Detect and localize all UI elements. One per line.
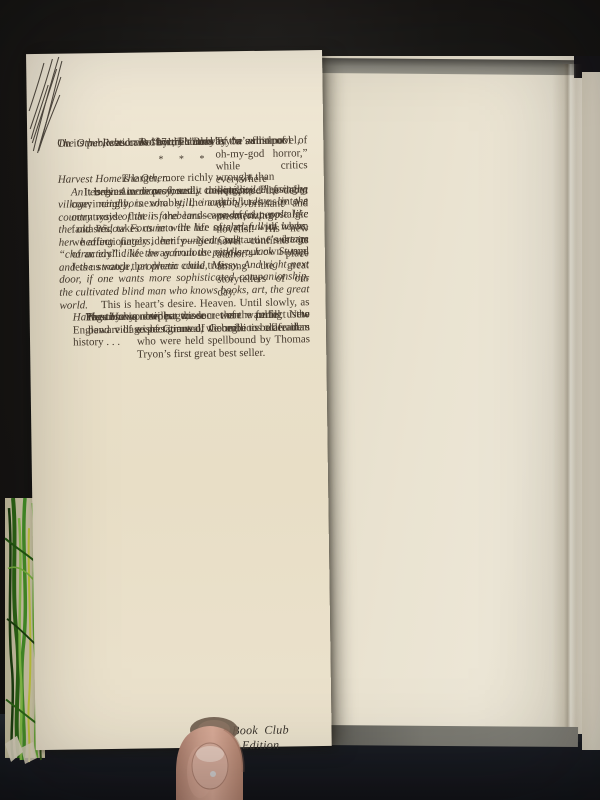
dust-jacket-flap: On its publication in 1971, Thomas Tryon…	[26, 50, 332, 750]
body-text: It begins in drowsy, sunlit tranquillity…	[71, 183, 309, 274]
finger	[150, 714, 260, 800]
board-edge-bottom	[322, 725, 578, 747]
flap-paragraph: Page by hypnotic page, Harvest Home will…	[60, 308, 310, 324]
endpaper	[318, 56, 600, 734]
book-flap-photo: On its publication in 1971, Thomas Tryon…	[0, 0, 600, 800]
flap-text: On its publication in 1971, Thomas Tryon…	[57, 134, 310, 324]
jacket-art-scribbles	[27, 55, 63, 155]
body-text: .	[166, 172, 169, 185]
flap-paragraph: On its publication in 1971, Thomas Tryon…	[57, 134, 307, 150]
hinge-crease	[552, 64, 582, 742]
board-edge-top	[318, 58, 582, 75]
body-text: will more than fulfill the expectations …	[136, 308, 310, 361]
italic-text: Harvest Home	[58, 173, 122, 186]
flyleaf-edge	[582, 72, 600, 750]
